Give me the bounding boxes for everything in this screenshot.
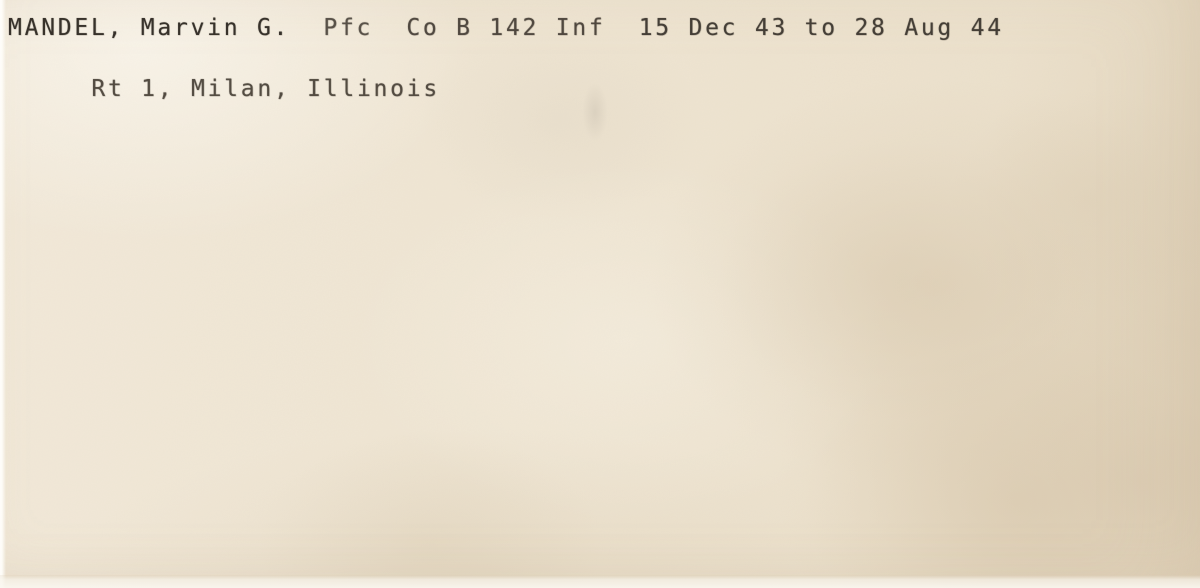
service-dates: 15 Dec 43 to 28 Aug 44 [639, 15, 1004, 41]
military-unit: Co B 142 Inf [406, 15, 605, 41]
scan-left-edge [0, 0, 6, 588]
soldier-rank: Pfc [323, 15, 373, 41]
soldier-name: MANDEL, Marvin G. [8, 15, 290, 41]
scan-bottom-edge [0, 575, 1200, 588]
typed-line-service-record: MANDEL, Marvin G. Pfc Co B 142 Inf 15 De… [8, 15, 1004, 41]
home-address: Rt 1, Milan, Illinois [91, 76, 440, 102]
typed-line-address: Rt 1, Milan, Illinois [25, 50, 440, 128]
scanned-index-card: MANDEL, Marvin G. Pfc Co B 142 Inf 15 De… [0, 0, 1200, 588]
